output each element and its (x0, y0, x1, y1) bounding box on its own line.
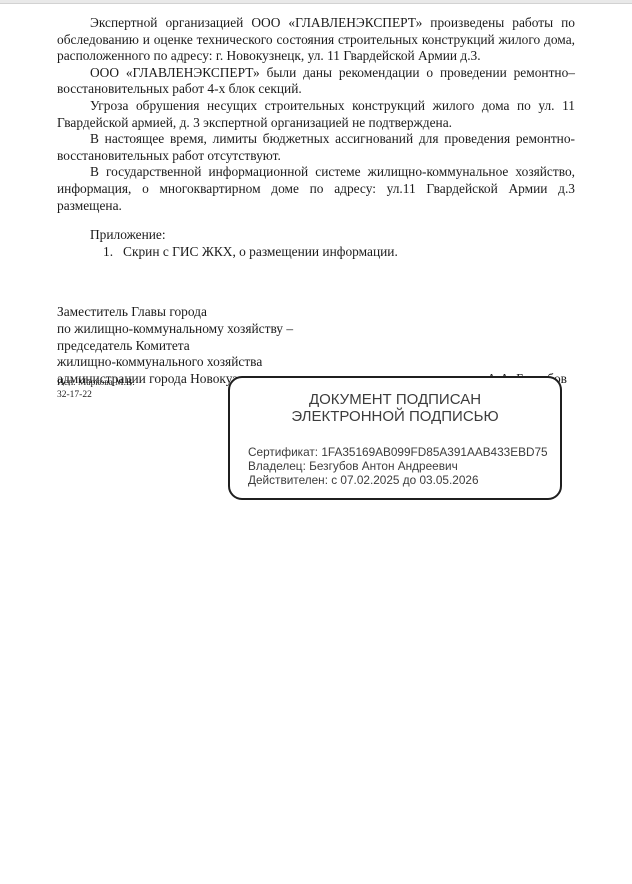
executor-phone: 32-17-22 (57, 390, 135, 402)
signature-block: Заместитель Главы города по жилищно-комм… (57, 304, 575, 387)
signatory-title-line: Заместитель Главы города (57, 304, 487, 321)
executor-note: Исп. Маркова М.В. 32-17-22 (57, 378, 135, 401)
body-paragraph: ООО «ГЛАВЛЕНЭКСПЕРТ» были даны рекоменда… (57, 65, 575, 98)
signatory-title-line: председатель Комитета (57, 338, 487, 355)
signatory-title: Заместитель Главы города по жилищно-комм… (57, 304, 487, 387)
stamp-details: Сертификат: 1FA35169AB099FD85A391AAB433E… (248, 445, 550, 488)
stamp-title: ДОКУМЕНТ ПОДПИСАН ЭЛЕКТРОННОЙ ПОДПИСЬЮ (230, 391, 560, 425)
signatory-title-line: жилищно-коммунального хозяйства (57, 354, 487, 371)
body-paragraph: В настоящее время, лимиты бюджетных асси… (57, 131, 575, 164)
signatory-title-line: по жилищно-коммунальному хозяйству – (57, 321, 487, 338)
body-paragraph: Угроза обрушения несущих строительных ко… (57, 98, 575, 131)
letter-body: Экспертной организацией ООО «ГЛАВЛЕНЭКСП… (57, 15, 575, 387)
attachment-item: 1.Скрин с ГИС ЖКХ, о размещении информац… (57, 244, 575, 261)
esignature-stamp: ДОКУМЕНТ ПОДПИСАН ЭЛЕКТРОННОЙ ПОДПИСЬЮ С… (228, 376, 562, 500)
page-top-edge (0, 0, 632, 4)
body-paragraph: Экспертной организацией ООО «ГЛАВЛЕНЭКСП… (57, 15, 575, 65)
document-page: Экспертной организацией ООО «ГЛАВЛЕНЭКСП… (0, 0, 632, 884)
attachment-heading: Приложение: (57, 227, 575, 244)
stamp-title-line2: ЭЛЕКТРОННОЙ ПОДПИСЬЮ (230, 408, 560, 425)
stamp-validity-line: Действителен: с 07.02.2025 до 03.05.2026 (248, 473, 550, 487)
stamp-title-line1: ДОКУМЕНТ ПОДПИСАН (230, 391, 560, 408)
stamp-owner-line: Владелец: Безгубов Антон Андреевич (248, 459, 550, 473)
executor-name: Исп. Маркова М.В. (57, 378, 135, 390)
attachment-item-text: Скрин с ГИС ЖКХ, о размещении информации… (123, 244, 398, 259)
attachment-item-number: 1. (103, 244, 113, 261)
body-paragraph: В государственной информационной системе… (57, 164, 575, 214)
stamp-certificate-line: Сертификат: 1FA35169AB099FD85A391AAB433E… (248, 445, 550, 459)
